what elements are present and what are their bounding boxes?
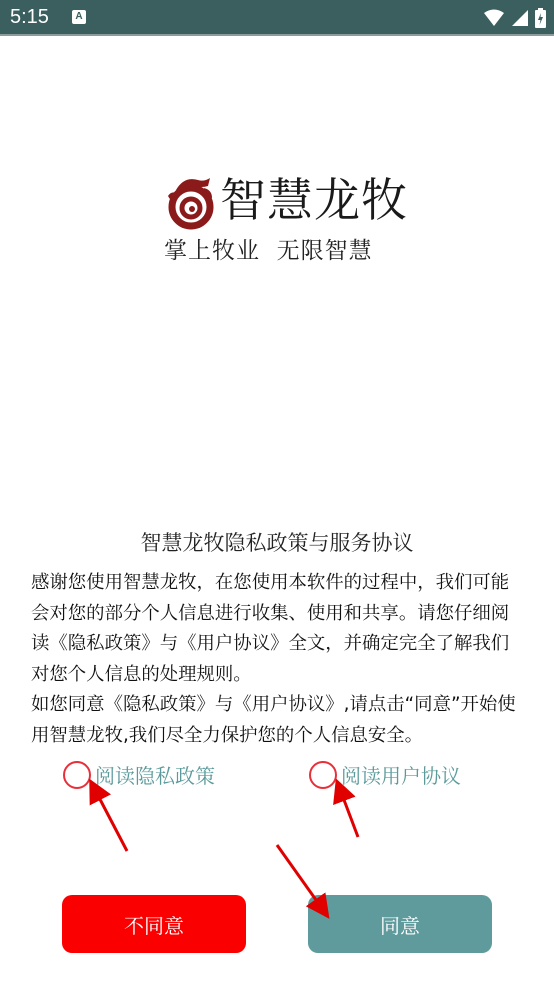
dialog-title: 智慧龙牧隐私政策与服务协议 [0, 527, 554, 557]
privacy-policy-checkbox[interactable] [63, 761, 91, 789]
privacy-policy-link[interactable]: 阅读隐私政策 [95, 760, 215, 789]
dragon-logo-icon [164, 174, 216, 230]
app-name: 智慧龙牧 [220, 172, 408, 228]
dialog-body: 感谢您使用智慧龙牧，在您使用本软件的过程中，我们可能会对您的部分个人信息进行收集… [31, 568, 526, 751]
user-agreement-checkbox[interactable] [309, 761, 337, 789]
annotation-arrows [0, 0, 554, 984]
user-agreement-checkbox-row[interactable]: 阅读用户协议 [309, 760, 461, 789]
user-agreement-link[interactable]: 阅读用户协议 [341, 760, 461, 789]
agree-button[interactable]: 同意 [308, 895, 492, 953]
dialog-paragraph: 如您同意《隐私政策》与《用户协议》,请点击“同意”开始使用智慧龙牧,我们尽全力保… [31, 690, 526, 751]
dialog-paragraph: 感谢您使用智慧龙牧，在您使用本软件的过程中，我们可能会对您的部分个人信息进行收集… [31, 568, 526, 690]
status-bar: 5:15 A [0, 0, 554, 36]
cell-signal-icon [511, 9, 529, 27]
privacy-policy-checkbox-row[interactable]: 阅读隐私政策 [63, 760, 215, 789]
status-time: 5:15 [10, 6, 49, 29]
arrow-icon [92, 784, 127, 851]
app-slogan: 掌上牧业 无限智慧 [164, 232, 373, 265]
wifi-icon [483, 9, 505, 27]
arrow-icon [338, 784, 358, 837]
notification-a-icon: A [72, 10, 86, 24]
disagree-button[interactable]: 不同意 [62, 895, 246, 953]
app-logo: 智慧龙牧 [164, 172, 394, 232]
battery-charging-icon [535, 8, 546, 28]
